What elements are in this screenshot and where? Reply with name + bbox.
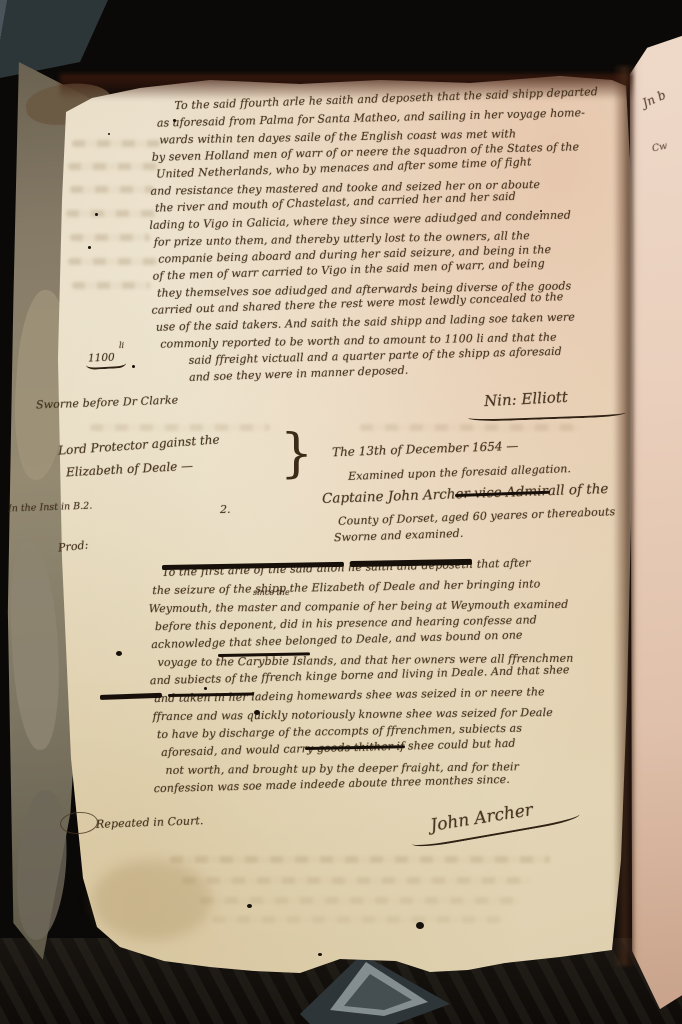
ink-blot bbox=[88, 246, 91, 249]
right-page-writing-fragment: Cw bbox=[651, 141, 668, 155]
ink-blot bbox=[318, 953, 322, 956]
bleedthrough-line bbox=[170, 856, 550, 863]
paper-stain bbox=[92, 860, 212, 940]
ink-blot bbox=[204, 687, 207, 690]
deposition-paragraph: To the said ffourth arle he saith and de… bbox=[144, 88, 631, 406]
manuscript-line: Weymouth, the master and companie of her… bbox=[149, 598, 569, 615]
bleedthrough-line bbox=[72, 282, 150, 289]
ink-blot bbox=[254, 710, 260, 715]
brace-mark: } bbox=[280, 424, 313, 484]
manuscript-photo: Jn b Cw To the said ffourth arle he sait… bbox=[0, 0, 682, 1024]
manuscript-line: and soe they were in manner deposed. bbox=[189, 364, 409, 384]
ink-blot bbox=[116, 651, 122, 656]
bleedthrough-line bbox=[200, 897, 520, 904]
bleedthrough-line bbox=[66, 210, 158, 217]
ink-blot bbox=[416, 922, 424, 929]
manuscript-line: ffrance and was quickly notoriously know… bbox=[153, 706, 553, 723]
manuscript-line: the seizure of the shipp the Elizabeth o… bbox=[152, 577, 540, 597]
bleedthrough-line bbox=[360, 424, 580, 431]
bleedthrough-line bbox=[90, 424, 270, 431]
margin-number: 2. bbox=[220, 503, 231, 516]
right-page-writing-fragment: Jn b bbox=[640, 88, 668, 111]
bleedthrough-line bbox=[70, 186, 154, 193]
bleedthrough-line bbox=[212, 916, 502, 923]
ink-blot bbox=[173, 119, 176, 122]
ink-blot bbox=[247, 904, 252, 908]
ink-blot bbox=[95, 213, 98, 216]
margin-amount-unit: li bbox=[119, 341, 124, 350]
ink-blot bbox=[108, 133, 110, 135]
answer-paragraph: To the first arle of the said allon he s… bbox=[148, 558, 632, 806]
ink-blot bbox=[540, 210, 542, 212]
bleedthrough-line bbox=[70, 234, 150, 241]
interlineation: since the bbox=[253, 588, 290, 597]
ink-blot bbox=[132, 365, 135, 368]
bleedthrough-line bbox=[182, 877, 532, 884]
bleedthrough-line bbox=[68, 258, 158, 265]
